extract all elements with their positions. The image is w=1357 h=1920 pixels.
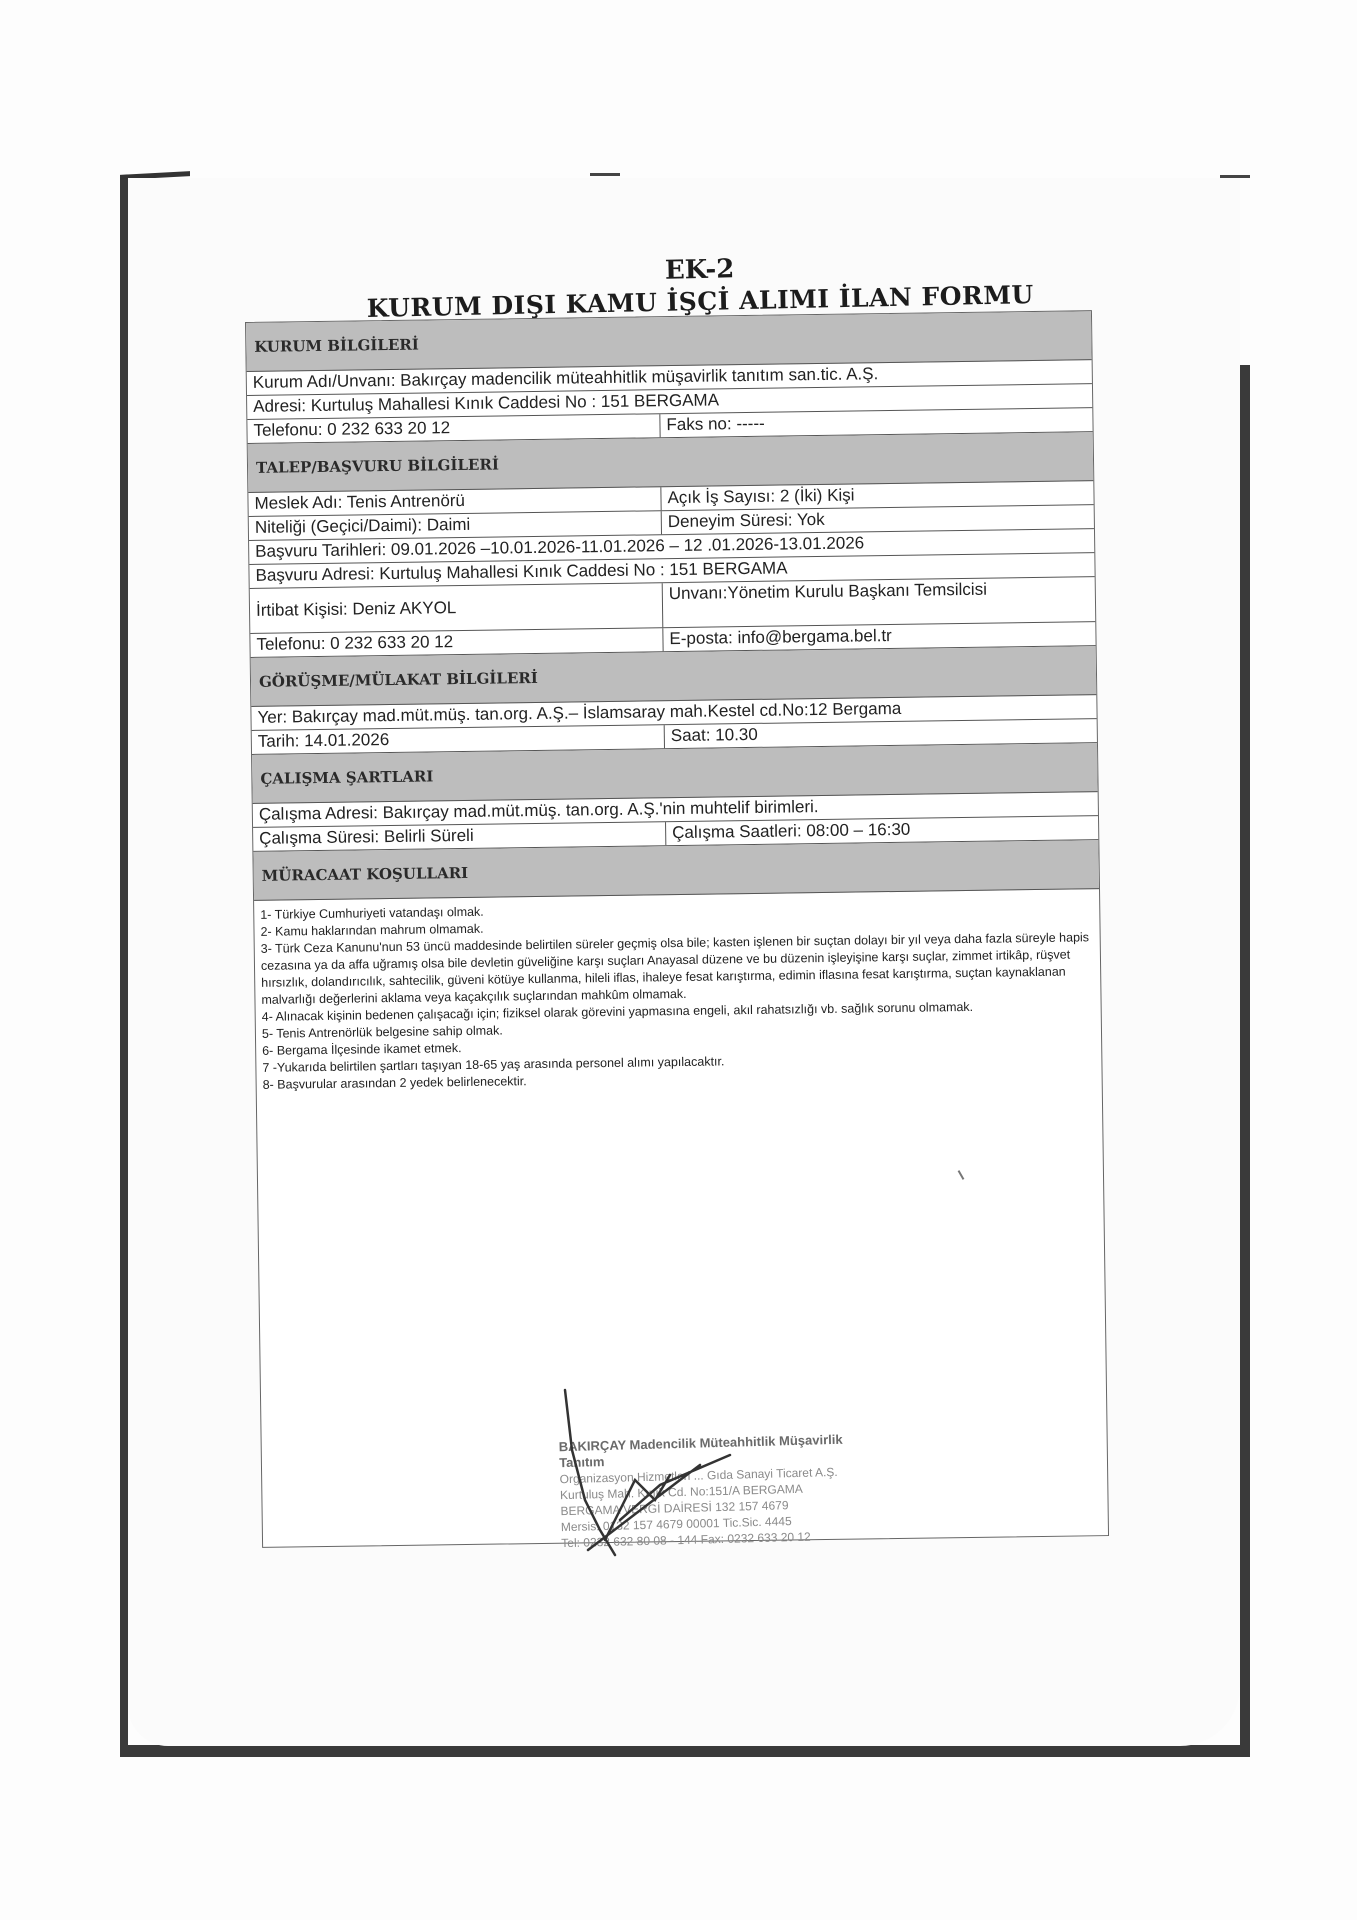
scan-mark-top <box>590 173 620 176</box>
scan-border-left <box>120 175 128 1750</box>
contact-title: Unvanı:Yönetim Kurulu Başkanı Temsilcisi <box>663 577 1096 627</box>
condition-item: 3- Türk Ceza Kanunu'nun 53 üncü maddesin… <box>261 929 1095 1009</box>
signature <box>560 1380 760 1580</box>
scan-border-bottom <box>120 1745 1250 1757</box>
contact-person: İrtibat Kişisi: Deniz AKYOL <box>250 583 664 633</box>
announcement-form: KURUM BİLGİLERİ Kurum Adı/Unvanı: Bakırç… <box>245 310 1109 1548</box>
scan-border-right <box>1240 365 1250 1750</box>
